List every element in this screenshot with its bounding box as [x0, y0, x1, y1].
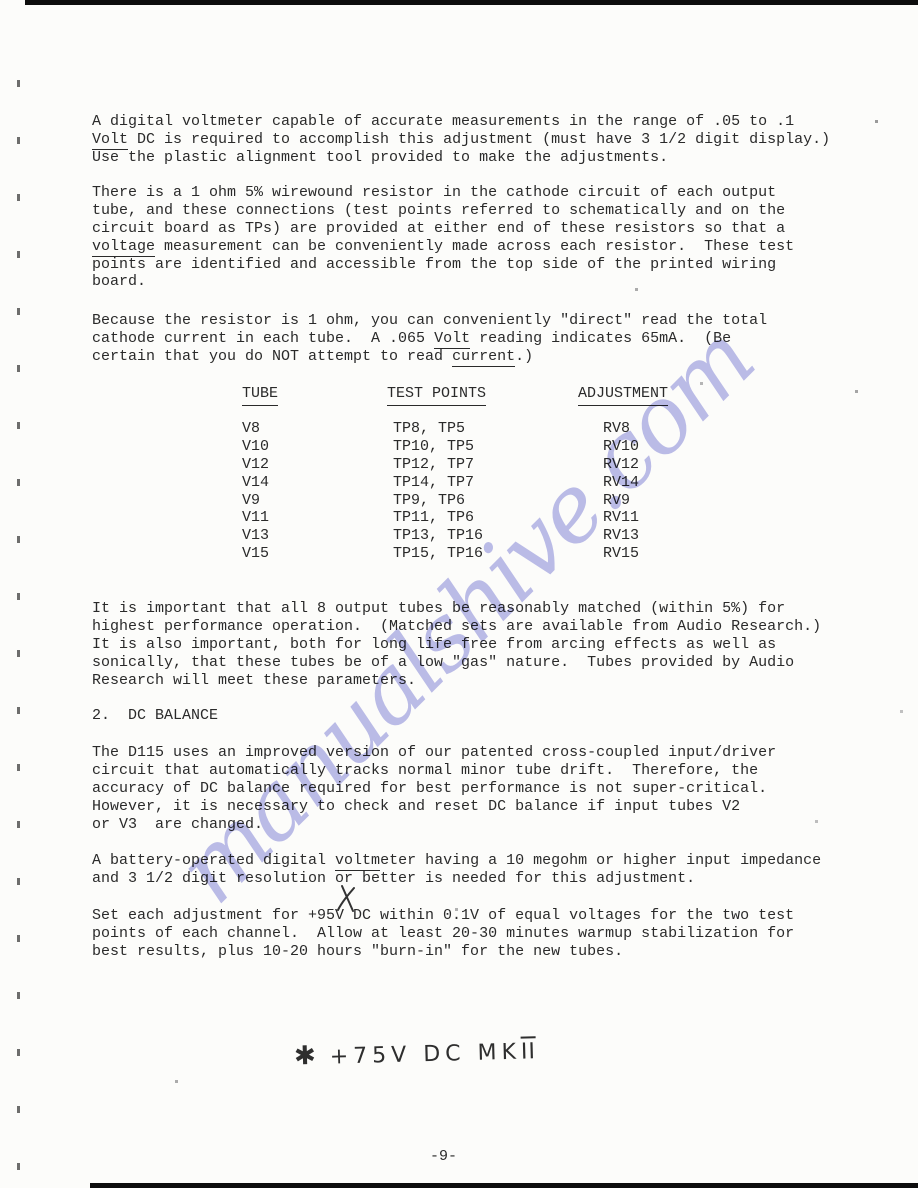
underlined-text-segment: voltm	[335, 852, 380, 871]
text-line: Use the plastic alignment tool provided …	[92, 149, 830, 167]
paragraph-d115-cross-coupled: The D115 uses an improved version of our…	[92, 744, 776, 833]
text-line: points of each channel. Allow at least 2…	[92, 925, 794, 943]
scanned-manual-page: A digital voltmeter capable of accurate …	[0, 0, 918, 1188]
scan-edge-bottom-bar	[90, 1183, 918, 1188]
table-cell-tube: V15	[242, 545, 269, 563]
table-header-test-points: TEST POINTS	[387, 385, 486, 406]
table-cell-adjustment: RV10	[603, 438, 639, 456]
text-segment: It is important that all 8 output tubes …	[92, 600, 785, 617]
table-column-adjustment: RV8 RV10 RV12 RV14 RV9 RV11 RV13 RV15	[603, 420, 639, 563]
table-cell-test-points: TP8, TP5	[393, 420, 483, 438]
text-line: best results, plus 10-20 hours "burn-in"…	[92, 943, 794, 961]
handwritten-note-text: +75V DC MK	[318, 1040, 522, 1070]
text-line: There is a 1 ohm 5% wirewound resistor i…	[92, 184, 794, 202]
text-line: and 3 1/2 digit resolution or better is …	[92, 870, 821, 888]
table-header-adjustment: ADJUSTMENT	[578, 385, 668, 406]
text-segment: cathode current in each tube. A .065	[92, 330, 434, 347]
table-cell-tube: V10	[242, 438, 269, 456]
scan-left-edge-marks	[17, 80, 20, 1180]
text-segment: circuit that automatically tracks normal…	[92, 762, 758, 779]
page-number: -9-	[430, 1148, 457, 1165]
text-line: Set each adjustment for +95V DC within 0…	[92, 907, 794, 925]
underlined-text-segment: voltage	[92, 238, 155, 257]
scan-noise-specks	[875, 120, 878, 123]
text-line: Because the resistor is 1 ohm, you can c…	[92, 312, 767, 330]
text-line: Volt DC is required to accomplish this a…	[92, 131, 830, 149]
text-segment: certain that you do NOT attempt to read	[92, 348, 452, 365]
text-segment: best results, plus 10-20 hours "burn-in"…	[92, 943, 623, 960]
paragraph-voltmeter-requirement: A digital voltmeter capable of accurate …	[92, 113, 830, 167]
table-cell-test-points: TP13, TP16	[393, 527, 483, 545]
text-segment: DC is required to accomplish this adjust…	[128, 131, 830, 148]
text-segment: eter having a 10 megohm or higher input …	[380, 852, 821, 869]
text-line: cathode current in each tube. A .065 Vol…	[92, 330, 767, 348]
text-line: points are identified and accessible fro…	[92, 256, 794, 274]
text-segment: measurement can be conveniently made acr…	[155, 238, 794, 255]
text-line: voltage measurement can be conveniently …	[92, 238, 794, 256]
table-cell-tube: V14	[242, 474, 269, 492]
text-segment: There is a 1 ohm 5% wirewound resistor i…	[92, 184, 776, 201]
table-header-tube: TUBE	[242, 385, 278, 406]
text-segment: tube, and these connections (test points…	[92, 202, 785, 219]
text-segment: A battery-operated digital	[92, 852, 335, 869]
text-line: It is also important, both for long life…	[92, 636, 821, 654]
text-line: accuracy of DC balance required for best…	[92, 780, 776, 798]
text-segment: The D115 uses an improved version of our…	[92, 744, 776, 761]
text-segment: Research will meet these parameters.	[92, 672, 416, 689]
text-segment: It is also important, both for long life…	[92, 636, 776, 653]
table-cell-adjustment: RV12	[603, 456, 639, 474]
text-line: Research will meet these parameters.	[92, 672, 821, 690]
table-cell-tube: V9	[242, 492, 269, 510]
text-line: circuit board as TPs) are provided at ei…	[92, 220, 794, 238]
underlined-text-segment: Volt	[92, 131, 128, 150]
text-segment: sonically, that these tubes be of a low …	[92, 654, 794, 671]
underlined-text-segment: current	[452, 348, 515, 367]
table-cell-test-points: TP9, TP6	[393, 492, 483, 510]
handwritten-roman-numeral: II	[521, 1036, 537, 1064]
text-segment: Because the resistor is 1 ohm, you can c…	[92, 312, 767, 329]
handwritten-note: ✱ +75V DC MKII	[245, 1010, 537, 1098]
text-segment: or V3 are changed.	[92, 816, 263, 833]
underlined-text-segment: Volt	[434, 330, 470, 349]
table-cell-tube: V12	[242, 456, 269, 474]
handwritten-star-icon: ✱	[294, 1041, 319, 1072]
paragraph-direct-read: Because the resistor is 1 ohm, you can c…	[92, 312, 767, 366]
paragraph-cathode-resistor: There is a 1 ohm 5% wirewound resistor i…	[92, 184, 794, 291]
text-line: board.	[92, 273, 794, 291]
text-line: certain that you do NOT attempt to read …	[92, 348, 767, 366]
text-segment: A digital voltmeter capable of accurate …	[92, 113, 794, 130]
text-line: A digital voltmeter capable of accurate …	[92, 113, 830, 131]
paragraph-set-adjustment: Set each adjustment for +95V DC within 0…	[92, 907, 794, 961]
text-segment: highest performance operation. (Matched …	[92, 618, 821, 635]
table-cell-tube: V8	[242, 420, 269, 438]
text-line: The D115 uses an improved version of our…	[92, 744, 776, 762]
text-line: circuit that automatically tracks normal…	[92, 762, 776, 780]
table-cell-test-points: TP15, TP16	[393, 545, 483, 563]
text-segment: board.	[92, 273, 146, 290]
text-line: However, it is necessary to check and re…	[92, 798, 776, 816]
text-segment: Use the plastic alignment tool provided …	[92, 149, 668, 166]
table-cell-tube: V13	[242, 527, 269, 545]
table-cell-adjustment: RV14	[603, 474, 639, 492]
table-cell-adjustment: RV8	[603, 420, 639, 438]
table-cell-adjustment: RV13	[603, 527, 639, 545]
scan-edge-top-bar	[25, 0, 918, 5]
text-segment: reading indicates 65mA. (Be	[470, 330, 731, 347]
table-column-tube: V8 V10 V12 V14 V9 V11 V13 V15	[242, 420, 269, 563]
paragraph-battery-voltmeter: A battery-operated digital voltmeter hav…	[92, 852, 821, 888]
table-cell-test-points: TP10, TP5	[393, 438, 483, 456]
table-cell-adjustment: RV11	[603, 509, 639, 527]
text-segment: circuit board as TPs) are provided at ei…	[92, 220, 785, 237]
table-cell-test-points: TP11, TP6	[393, 509, 483, 527]
table-cell-test-points: TP12, TP7	[393, 456, 483, 474]
table-cell-tube: V11	[242, 509, 269, 527]
table-cell-adjustment: RV15	[603, 545, 639, 563]
text-segment: .)	[515, 348, 533, 365]
text-line: highest performance operation. (Matched …	[92, 618, 821, 636]
text-segment: Set each adjustment for +95V DC within 0…	[92, 907, 794, 924]
text-line: tube, and these connections (test points…	[92, 202, 794, 220]
table-cell-test-points: TP14, TP7	[393, 474, 483, 492]
text-segment: points are identified and accessible fro…	[92, 256, 776, 273]
text-line: A battery-operated digital voltmeter hav…	[92, 852, 821, 870]
table-column-test-points: TP8, TP5 TP10, TP5 TP12, TP7 TP14, TP7 T…	[393, 420, 483, 563]
text-segment: accuracy of DC balance required for best…	[92, 780, 767, 797]
text-segment: However, it is necessary to check and re…	[92, 798, 740, 815]
paragraph-matched-tubes: It is important that all 8 output tubes …	[92, 600, 821, 689]
section-heading-dc-balance: 2. DC BALANCE	[92, 707, 218, 724]
text-line: sonically, that these tubes be of a low …	[92, 654, 821, 672]
table-cell-adjustment: RV9	[603, 492, 639, 510]
text-line: It is important that all 8 output tubes …	[92, 600, 821, 618]
text-segment: and 3 1/2 digit resolution or better is …	[92, 870, 695, 887]
text-line: or V3 are changed.	[92, 816, 776, 834]
text-segment: points of each channel. Allow at least 2…	[92, 925, 794, 942]
